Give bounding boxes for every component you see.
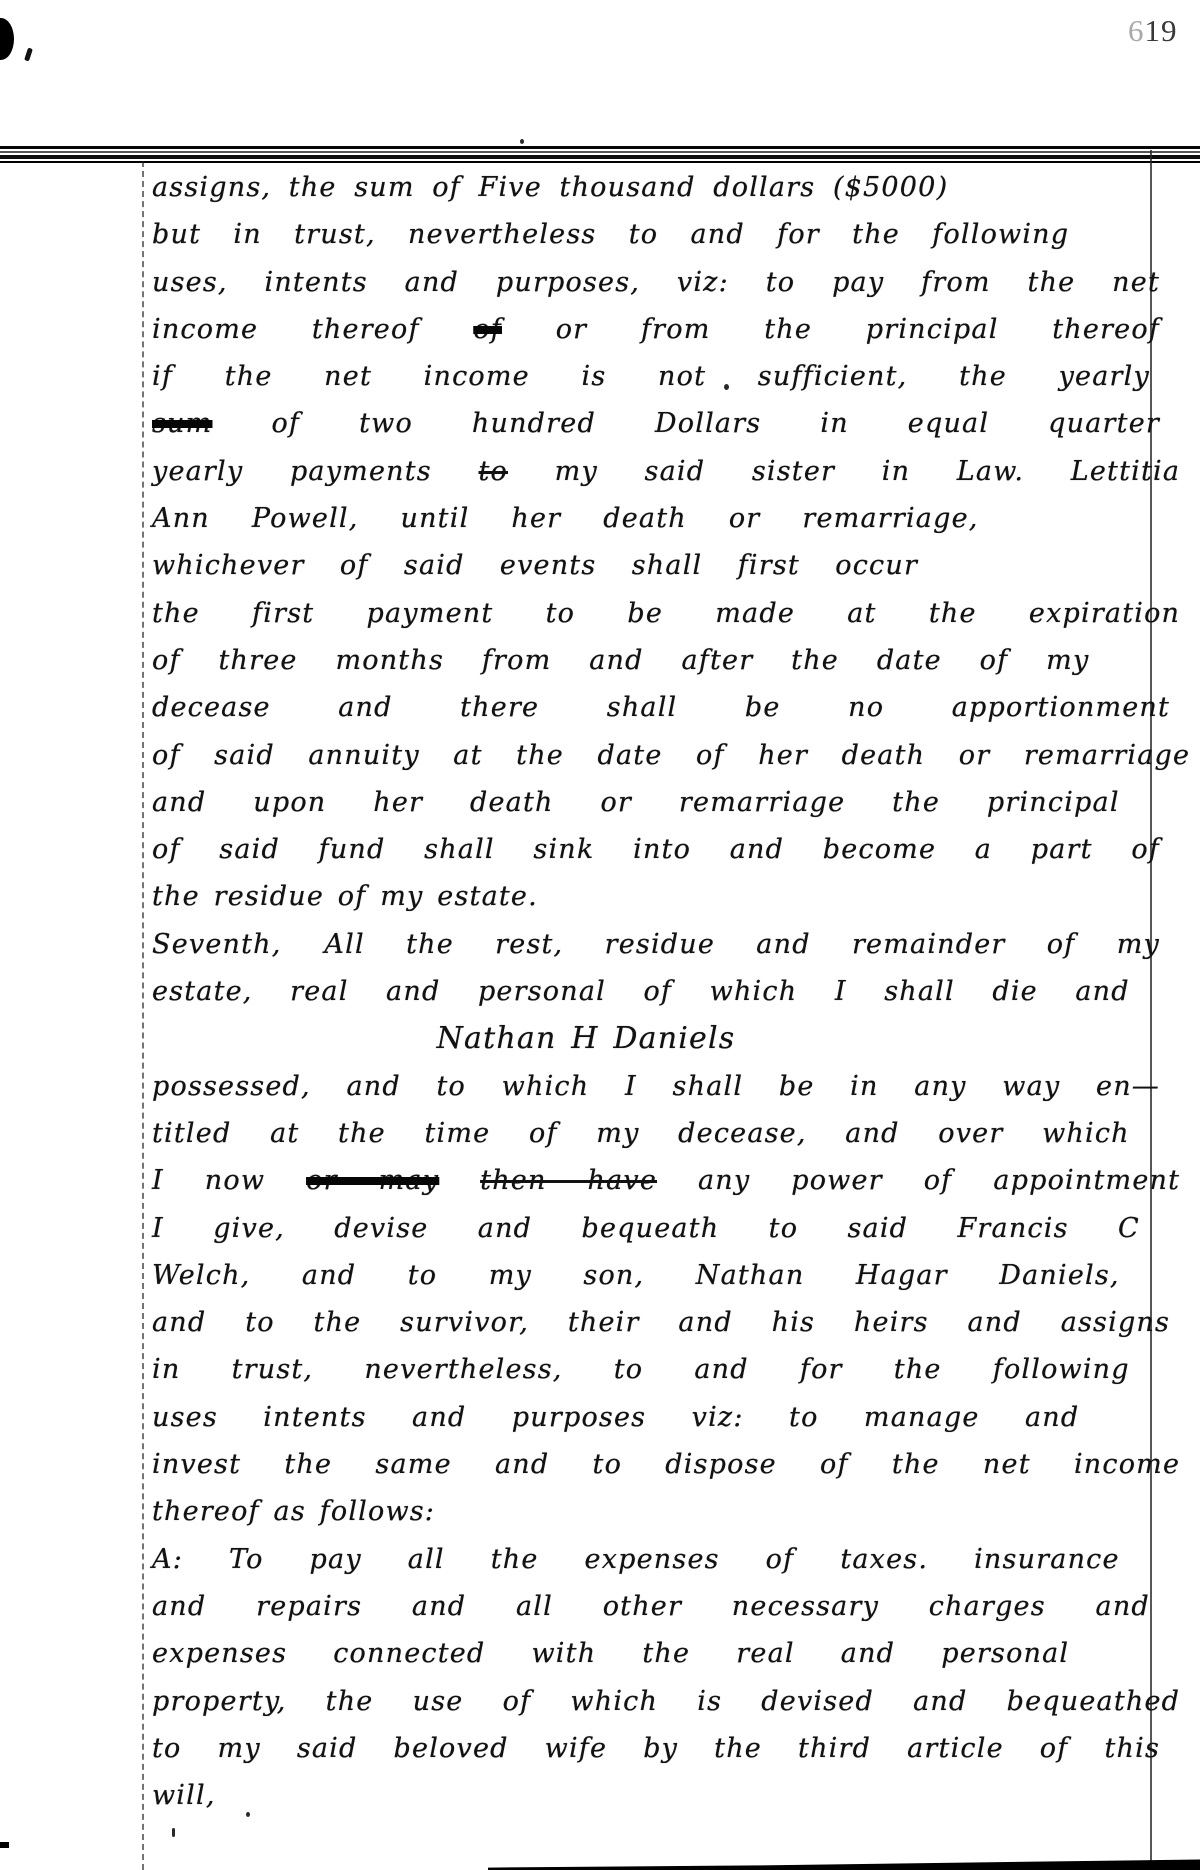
text-segment: Ann Powell, until her death or remarriag…: [152, 503, 979, 534]
text-segment: and upon her death or remarriage the pri…: [152, 787, 1120, 818]
handwritten-line: thereof as follows:: [152, 1488, 1160, 1535]
handwritten-line: decease and there shall be no apportionm…: [152, 684, 1170, 731]
scan-speck: [246, 1812, 250, 1817]
bottom-scan-speck: [0, 1842, 9, 1848]
text-segment: any power of appointment: [657, 1165, 1180, 1196]
handwritten-line: and repairs and all other necessary char…: [152, 1583, 1150, 1630]
struck-text: or may: [306, 1165, 439, 1196]
scan-speck: [172, 1828, 175, 1837]
handwritten-line: uses intents and purposes viz: to manage…: [152, 1394, 1079, 1441]
handwritten-line: sum of two hundred Dollars in equal quar…: [152, 400, 1160, 447]
handwritten-line: of said annuity at the date of her death…: [152, 732, 1190, 779]
handwritten-line: estate, real and personal of which I sha…: [152, 968, 1130, 1015]
handwritten-line: I give, devise and bequeath to said Fran…: [152, 1205, 1140, 1252]
handwritten-line: in trust, nevertheless, to and for the f…: [152, 1346, 1130, 1393]
handwritten-line: will,: [152, 1772, 1160, 1819]
text-segment: of said annuity at the date of her death…: [152, 740, 1190, 771]
manuscript-text: assigns, the sum of Five thousand dollar…: [152, 164, 1160, 1819]
handwritten-line: titled at the time of my decease, and ov…: [152, 1110, 1130, 1157]
text-segment: of said fund shall sink into and become …: [152, 834, 1160, 865]
ink-blot: [0, 18, 14, 60]
handwritten-line: the first payment to be made at the expi…: [152, 590, 1180, 637]
struck-text: of: [473, 314, 502, 345]
handwritten-line: Ann Powell, until her death or remarriag…: [152, 495, 979, 542]
text-segment: yearly payments: [152, 456, 479, 487]
text-segment: of three months from and after the date …: [152, 645, 1089, 676]
scan-speck: [520, 139, 524, 144]
text-segment: if the net income is not sufficient, the…: [152, 361, 1150, 392]
text-segment: the residue of my estate.: [152, 881, 538, 912]
handwritten-line: and upon her death or remarriage the pri…: [152, 779, 1120, 826]
bottom-scan-artifact: [488, 1859, 1200, 1870]
handwritten-line: I now or may then have any power of appo…: [152, 1157, 1180, 1204]
handwritten-line: whichever of said events shall first occ…: [152, 542, 918, 589]
handwritten-line: property, the use of which is devised an…: [152, 1678, 1180, 1725]
text-segment: I give, devise and bequeath to said Fran…: [152, 1213, 1140, 1244]
text-segment: but in trust, nevertheless to and for th…: [152, 219, 1069, 250]
struck-text: then have: [480, 1165, 657, 1196]
text-segment: and to the survivor, their and his heirs…: [152, 1307, 1170, 1338]
handwritten-line: of three months from and after the date …: [152, 637, 1089, 684]
text-segment: to my said beloved wife by the third art…: [152, 1733, 1160, 1764]
text-segment: [439, 1165, 480, 1196]
handwritten-line: Welch, and to my son, Nathan Hagar Danie…: [152, 1252, 1120, 1299]
text-segment: invest the same and to dispose of the ne…: [152, 1449, 1180, 1480]
scan-speck: [724, 384, 729, 390]
text-segment: Seventh, All the rest, residue and remai…: [152, 929, 1160, 960]
text-segment: and repairs and all other necessary char…: [152, 1591, 1150, 1622]
text-segment: in trust, nevertheless, to and for the f…: [152, 1354, 1130, 1385]
handwritten-line: possessed, and to which I shall be in an…: [152, 1063, 1160, 1110]
text-segment: expenses connected with the real and per…: [152, 1638, 1069, 1669]
handwritten-line: assigns, the sum of Five thousand dollar…: [152, 164, 948, 211]
text-segment: titled at the time of my decease, and ov…: [152, 1118, 1130, 1149]
page-number: 619: [1128, 13, 1200, 49]
text-segment: income thereof: [152, 314, 473, 345]
text-segment: possessed, and to which I shall be in an…: [152, 1071, 1160, 1102]
text-segment: Welch, and to my son, Nathan Hagar Danie…: [152, 1260, 1120, 1291]
handwritten-line: income thereof of or from the principal …: [152, 306, 1160, 353]
header-rule: [0, 146, 1200, 163]
ink-mark: [24, 48, 33, 62]
text-segment: assigns, the sum of Five thousand dollar…: [152, 172, 948, 203]
text-segment: thereof as follows:: [152, 1496, 435, 1527]
handwritten-line: the residue of my estate.: [152, 873, 1160, 920]
handwritten-line: Seventh, All the rest, residue and remai…: [152, 921, 1160, 968]
handwritten-line: invest the same and to dispose of the ne…: [152, 1441, 1180, 1488]
text-segment: Nathan H Daniels: [437, 1021, 736, 1056]
text-segment: whichever of said events shall first occ…: [152, 550, 918, 581]
struck-text: to: [479, 456, 509, 487]
handwritten-line: yearly payments to my said sister in Law…: [152, 448, 1180, 495]
text-segment: of two hundred Dollars in equal quarter: [212, 408, 1160, 439]
text-segment: uses intents and purposes viz: to manage…: [152, 1402, 1079, 1433]
handwritten-line: but in trust, nevertheless to and for th…: [152, 211, 1069, 258]
text-segment: A: To pay all the expenses of taxes. ins…: [152, 1544, 1120, 1575]
text-segment: property, the use of which is devised an…: [152, 1686, 1180, 1717]
text-segment: uses, intents and purposes, viz: to pay …: [152, 267, 1160, 298]
scanned-page: 619 assigns, the sum of Five thousand do…: [0, 0, 1200, 1870]
text-segment: I now: [152, 1165, 306, 1196]
text-segment: estate, real and personal of which I sha…: [152, 976, 1130, 1007]
handwritten-line: uses, intents and purposes, viz: to pay …: [152, 259, 1160, 306]
text-segment: the first payment to be made at the expi…: [152, 598, 1180, 629]
handwritten-line: and to the survivor, their and his heirs…: [152, 1299, 1170, 1346]
text-segment: or from the principal thereof: [502, 314, 1160, 345]
handwritten-line: Nathan H Daniels: [82, 1015, 1090, 1062]
struck-text: sum: [152, 408, 212, 439]
text-segment: my said sister in Law. Lettitia: [508, 456, 1180, 487]
text-segment: decease and there shall be no apportionm…: [152, 692, 1170, 723]
text-segment: will,: [152, 1780, 216, 1811]
handwritten-line: if the net income is not sufficient, the…: [152, 353, 1150, 400]
handwritten-line: of said fund shall sink into and become …: [152, 826, 1160, 873]
handwritten-line: to my said beloved wife by the third art…: [152, 1725, 1160, 1772]
handwritten-line: A: To pay all the expenses of taxes. ins…: [152, 1536, 1120, 1583]
handwritten-line: expenses connected with the real and per…: [152, 1630, 1069, 1677]
